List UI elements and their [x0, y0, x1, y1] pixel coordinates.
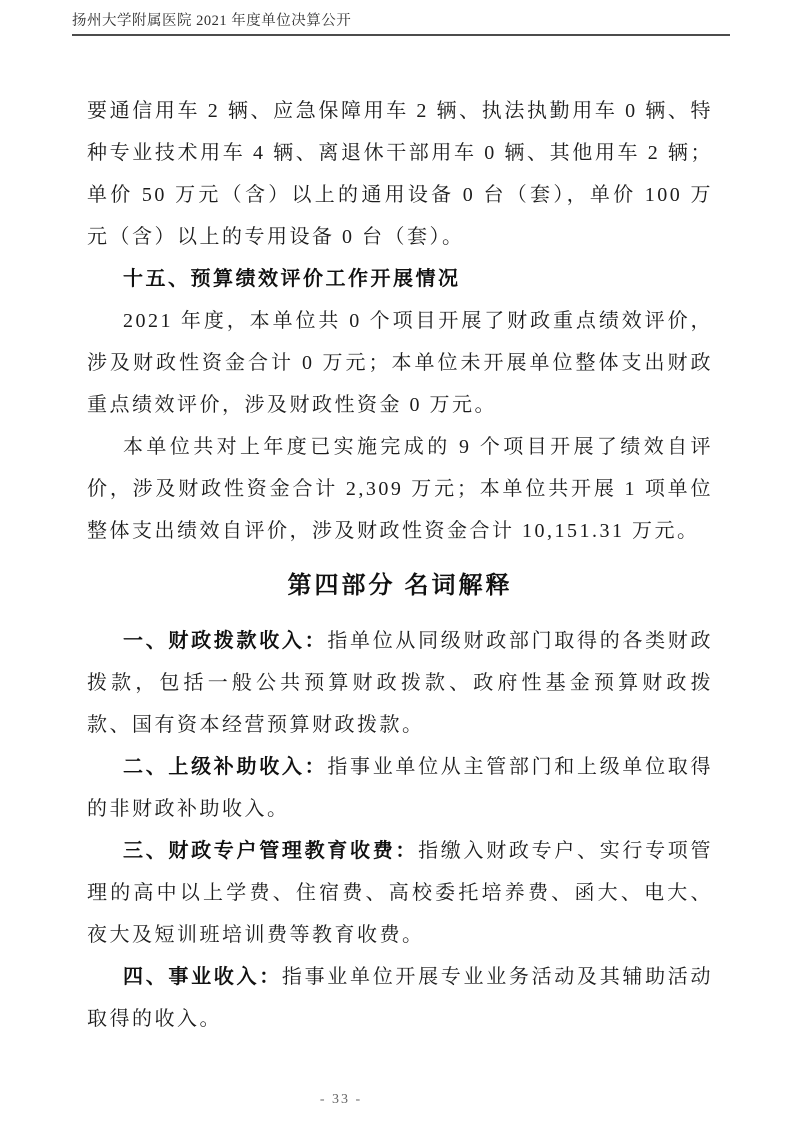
term-label: 三、财政专户管理教育收费： — [123, 840, 418, 862]
document-body: 要通信用车 2 辆、应急保障用车 2 辆、执法执勤用车 0 辆、特种专业技术用车… — [87, 90, 713, 1040]
term-label: 四、事业收入： — [123, 966, 282, 988]
paragraph-vehicles-equipment: 要通信用车 2 辆、应急保障用车 2 辆、执法执勤用车 0 辆、特种专业技术用车… — [87, 90, 713, 258]
term-label: 一、财政拨款收入： — [123, 630, 327, 652]
term-label: 二、上级补助收入： — [123, 756, 327, 778]
section-15-paragraph-1: 2021 年度，本单位共 0 个项目开展了财政重点绩效评价，涉及财政性资金合计 … — [87, 300, 713, 426]
term-item-education-fees: 三、财政专户管理教育收费：指缴入财政专户、实行专项管理的高中以上学费、住宿费、高… — [87, 830, 713, 956]
section-15-heading: 十五、预算绩效评价工作开展情况 — [87, 258, 713, 300]
part4-title: 第四部分 名词解释 — [87, 558, 713, 614]
term-item-operating-income: 四、事业收入：指事业单位开展专业业务活动及其辅助活动取得的收入。 — [87, 956, 713, 1040]
document-page: 扬州大学附属医院 2021 年度单位决算公开 要通信用车 2 辆、应急保障用车 … — [0, 0, 800, 1131]
page-header: 扬州大学附属医院 2021 年度单位决算公开 — [72, 0, 730, 36]
term-item-superior-subsidy: 二、上级补助收入：指事业单位从主管部门和上级单位取得的非财政补助收入。 — [87, 746, 713, 830]
page-footer: - 33 - — [291, 1090, 391, 1108]
term-item-fiscal-appropriation: 一、财政拨款收入：指单位从同级财政部门取得的各类财政拨款，包括一般公共预算财政拨… — [87, 620, 713, 746]
header-title: 扬州大学附属医院 2021 年度单位决算公开 — [72, 13, 730, 30]
section-15-paragraph-2: 本单位共对上年度已实施完成的 9 个项目开展了绩效自评价，涉及财政性资金合计 2… — [87, 426, 713, 552]
page-number: - 33 - — [320, 1092, 362, 1107]
